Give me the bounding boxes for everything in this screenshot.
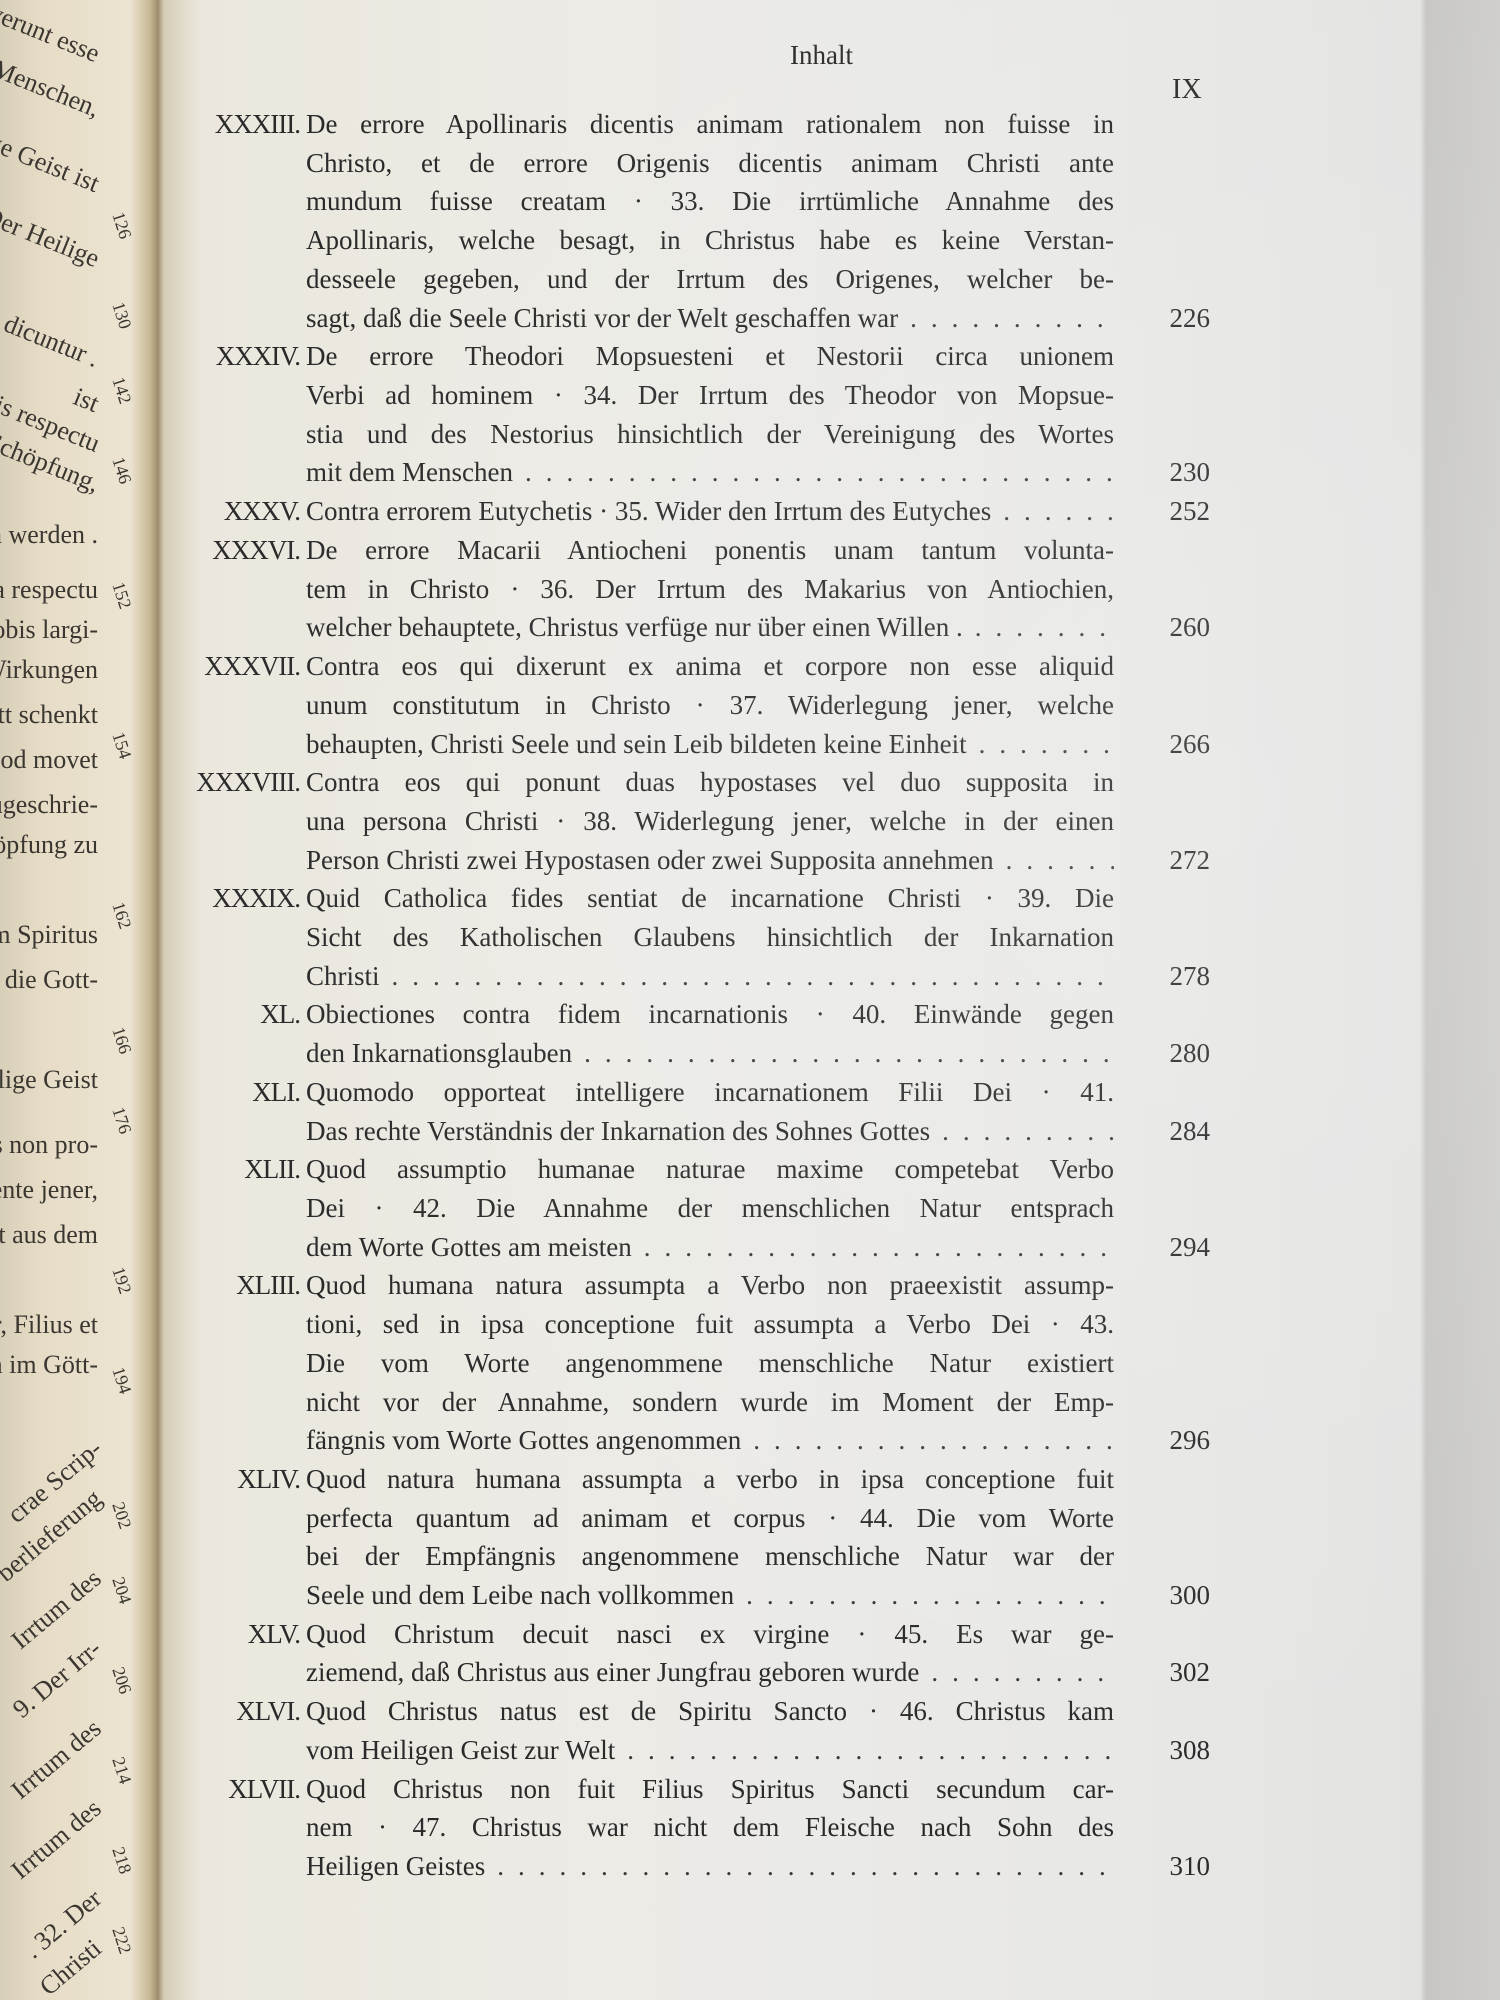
toc-page-number: 302 [1130,1653,1210,1692]
left-page-number: 162 [107,899,135,931]
title-last-line: den Inkarnationsglauben.................… [306,1034,1114,1073]
chapter-number: XXXIX. [150,879,306,995]
toc-entry: XLVI.Quod Christus natus est de Spiritu … [150,1692,1210,1769]
left-page-number: 202 [107,1499,135,1531]
leader-dots: ........................................… [963,608,1114,647]
title-line: Christo, et de errore Origenis dicentis … [306,144,1114,183]
toc-entry: XXXVI.De errore Macarii Antiocheni ponen… [150,531,1210,647]
left-page-number: 154 [107,729,135,761]
left-page-text-fragment: en im Gött- [0,1350,98,1380]
leader-dots: ........................................… [734,1576,1114,1615]
leader-dots: ........................................… [898,299,1114,338]
left-page-text-fragment: nobis largi- [0,615,98,645]
toc-entry: XXXIV.De errore Theodori Mopsuesteni et … [150,337,1210,492]
title-line: behaupten, Christi Seele und sein Leib b… [306,725,967,764]
chapter-number: XLVII. [150,1770,306,1886]
left-page-number: 130 [107,299,135,331]
left-page-text-fragment: zugeschrie- [0,790,98,820]
leader-dots: ........................................… [615,1731,1114,1770]
toc-page-number: 308 [1130,1731,1210,1770]
left-page-text-fragment: nöpfung zu [0,830,98,860]
page-number: IX [1172,74,1202,106]
title-line: nem · 47. Christus war nicht dem Fleisch… [306,1808,1114,1847]
left-page-text-fragment: ge Geist ist [0,127,104,199]
toc-page-number: 280 [1130,1034,1210,1073]
toc-page-number: 278 [1130,957,1210,996]
left-page-number: 142 [107,374,135,406]
title-line: Verbi ad hominem · 34. Der Irrtum des Th… [306,376,1114,415]
title-line: mundum fuisse creatam · 33. Die irrtümli… [306,182,1114,221]
leader-dots: ........................................… [380,957,1114,996]
title-line: una persona Christi · 38. Widerlegung je… [306,802,1114,841]
chapter-title: Quod assumptio humanae naturae maxime co… [306,1150,1114,1266]
title-line: Dei · 42. Die Annahme der menschlichen N… [306,1189,1114,1228]
chapter-title: Contra errorem Eutychetis · 35. Wider de… [306,492,1114,531]
chapter-number: XXXV. [150,492,306,531]
left-page-text-fragment: quod movet [0,745,98,775]
chapter-number: XLV. [150,1615,306,1692]
title-last-line: Seele und dem Leibe nach vollkommen.....… [306,1576,1114,1615]
chapter-number: XXXIV. [150,337,306,492]
left-page-text-fragment: nente jener, [0,1175,98,1205]
toc-entry: XXXVII.Contra eos qui dixerunt ex anima … [150,647,1210,763]
left-page-text-fragment: en die Gott- [0,965,98,995]
left-page-text-fragment: ist [70,382,104,419]
leader-dots: ........................................… [485,1847,1114,1886]
leader-dots: ........................................… [919,1653,1114,1692]
left-page-number: 206 [107,1664,135,1696]
toc-page-number: 260 [1130,608,1210,647]
toc-entry: XXXV.Contra errorem Eutychetis · 35. Wid… [150,492,1210,531]
left-page-text-fragment: ott schenkt [0,700,98,730]
title-line: Christi [306,957,380,996]
left-page-number: 204 [107,1574,135,1606]
title-line: Obiectiones contra fidem incarnationis ·… [306,995,1114,1034]
title-line: dem Worte Gottes am meisten [306,1228,632,1267]
chapter-title: De errore Theodori Mopsuesteni et Nestor… [306,337,1114,492]
left-page-text-fragment: en werden . [0,520,98,550]
title-line: desseele gegeben, und der Irrtum des Ori… [306,260,1114,299]
chapter-number: XXXVIII. [150,763,306,879]
chapter-number: XXXIII. [150,105,306,337]
title-last-line: mit dem Menschen........................… [306,453,1114,492]
title-line: Quod Christus non fuit Filius Spiritus S… [306,1770,1114,1809]
left-page-text-fragment: ura respectu [0,575,98,605]
photographed-book-spread: verunt esseMenschen,ge Geist istDer Heil… [0,0,1500,2000]
toc-entry: XLIV.Quod natura humana assumpta a verbo… [150,1460,1210,1615]
toc-entry: XXXIII.De errore Apollinaris dicentis an… [150,105,1210,337]
title-line: tem in Christo · 36. Der Irrtum des Maka… [306,570,1114,609]
toc-entry: XXXIX.Quid Catholica fides sentiat de in… [150,879,1210,995]
title-last-line: dem Worte Gottes am meisten.............… [306,1228,1114,1267]
title-line: tioni, sed in ipsa conceptione fuit assu… [306,1305,1114,1344]
toc-page-number: 272 [1130,841,1210,880]
toc-page-number: 294 [1130,1228,1210,1267]
toc-page-number: 310 [1130,1847,1210,1886]
chapter-title: Quod natura humana assumpta a verbo in i… [306,1460,1114,1615]
leader-dots: ........................................… [632,1228,1114,1267]
leader-dots: ........................................… [513,453,1114,492]
toc-entry: XLVII.Quod Christus non fuit Filius Spir… [150,1770,1210,1886]
title-last-line: sagt, daß die Seele Christi vor der Welt… [306,299,1114,338]
left-page-number: 152 [107,579,135,611]
title-last-line: ziemend, daß Christus aus einer Jungfrau… [306,1653,1114,1692]
title-line: bei der Empfängnis angenommene menschlic… [306,1537,1114,1576]
left-page-fragment: verunt esseMenschen,ge Geist istDer Heil… [0,0,150,2000]
toc-entry: XLII.Quod assumptio humanae naturae maxi… [150,1150,1210,1266]
title-line: De errore Macarii Antiocheni ponentis un… [306,531,1114,570]
chapter-title: Quod humana natura assumpta a Verbo non … [306,1266,1114,1460]
title-line: Contra eos qui ponunt duas hypostases ve… [306,763,1114,802]
title-line: stia und des Nestorius hinsichtlich der … [306,415,1114,454]
title-line: Das rechte Verständnis der Inkarnation d… [306,1112,930,1151]
title-line: Quod natura humana assumpta a verbo in i… [306,1460,1114,1499]
toc-entry: XLI.Quomodo opporteat intelligere incarn… [150,1073,1210,1150]
chapter-number: XLIV. [150,1460,306,1615]
title-line: welcher behauptete, Christus verfüge nur… [306,608,963,647]
title-line: perfecta quantum ad animam et corpus · 4… [306,1499,1114,1538]
title-line: Quod humana natura assumpta a Verbo non … [306,1266,1114,1305]
title-line: Apollinaris, welche besagt, in Christus … [306,221,1114,260]
toc-entry: XLIII.Quod humana natura assumpta a Verb… [150,1266,1210,1460]
left-page-text-fragment: verunt esse [0,0,104,69]
title-last-line: Das rechte Verständnis der Inkarnation d… [306,1112,1114,1151]
title-last-line: welcher behauptete, Christus verfüge nur… [306,608,1114,647]
title-line: Quomodo opporteat intelligere incarnatio… [306,1073,1114,1112]
title-line: Contra eos qui dixerunt ex anima et corp… [306,647,1114,686]
title-line: Quid Catholica fides sentiat de incarnat… [306,879,1114,918]
leader-dots: ........................................… [930,1112,1114,1151]
left-page-number: 222 [107,1924,135,1956]
toc-entry: XL.Obiectiones contra fidem incarnationi… [150,995,1210,1072]
left-page-text-fragment: Der Heilige [0,200,104,274]
leader-dots: ........................................… [991,492,1114,531]
toc-entry: XLV.Quod Christum decuit nasci ex virgin… [150,1615,1210,1692]
leader-dots: ........................................… [741,1421,1114,1460]
title-last-line: Person Christi zwei Hypostasen oder zwei… [306,841,1114,880]
title-line: Quod assumptio humanae naturae maxime co… [306,1150,1114,1189]
left-page-number: 126 [107,209,135,241]
title-line: Seele und dem Leibe nach vollkommen [306,1576,734,1615]
chapter-title: Quomodo opporteat intelligere incarnatio… [306,1073,1114,1150]
title-line: Sicht des Katholischen Glaubens hinsicht… [306,918,1114,957]
title-last-line: vom Heiligen Geist zur Welt.............… [306,1731,1114,1770]
title-line: Heiligen Geistes [306,1847,485,1886]
title-line: Quod Christum decuit nasci ex virgine · … [306,1615,1114,1654]
toc-page-number: 230 [1130,453,1210,492]
title-last-line: behaupten, Christi Seele und sein Leib b… [306,725,1114,764]
leader-dots: ........................................… [572,1034,1114,1073]
running-head: Inhalt [790,40,853,71]
right-page: Inhalt IX XXXIII.De errore Apollinaris d… [150,0,1420,2000]
left-page-number: 218 [107,1844,135,1876]
leader-dots: ........................................… [967,725,1114,764]
title-line: Die vom Worte angenommene menschliche Na… [306,1344,1114,1383]
toc-page-number: 226 [1130,299,1210,338]
chapter-title: Contra eos qui dixerunt ex anima et corp… [306,647,1114,763]
left-page-number: 214 [107,1754,135,1786]
leader-dots: ........................................… [994,841,1114,880]
left-page-number: 166 [107,1024,135,1056]
left-page-number: 194 [107,1364,135,1396]
chapter-title: De errore Apollinaris dicentis animam ra… [306,105,1114,337]
chapter-number: XLII. [150,1150,306,1266]
title-line: nicht vor der Annahme, sondern wurde im … [306,1383,1114,1422]
chapter-title: Quod Christum decuit nasci ex virgine · … [306,1615,1114,1692]
left-page-text-fragment: er, Filius et [0,1310,98,1340]
title-line: mit dem Menschen [306,453,513,492]
title-last-line: Christi.................................… [306,957,1114,996]
title-line: den Inkarnationsglauben [306,1034,572,1073]
chapter-number: XXXVII. [150,647,306,763]
left-page-text-fragment: cht aus dem [0,1220,98,1250]
title-line: fängnis vom Worte Gottes angenommen [306,1421,741,1460]
chapter-title: Quid Catholica fides sentiat de incarnat… [306,879,1114,995]
toc-page-number: 284 [1130,1112,1210,1151]
left-page-text-fragment: em Spiritus [0,920,98,950]
title-line: Contra errorem Eutychetis · 35. Wider de… [306,492,991,531]
title-last-line: Heiligen Geistes........................… [306,1847,1114,1886]
left-page-text-fragment: eilige Geist [0,1065,98,1095]
title-line: De errore Apollinaris dicentis animam ra… [306,105,1114,144]
chapter-number: XLIII. [150,1266,306,1460]
left-page-number: 192 [107,1264,135,1296]
left-page-text-fragment: Wirkungen [0,655,98,685]
chapter-title: Quod Christus natus est de Spiritu Sanct… [306,1692,1114,1769]
chapter-number: XLVI. [150,1692,306,1769]
chapter-title: Contra eos qui ponunt duas hypostases ve… [306,763,1114,879]
left-page-number: 176 [107,1104,135,1136]
chapter-number: XLI. [150,1073,306,1150]
left-page-text-fragment: dicuntur . [0,309,104,374]
toc-page-number: 296 [1130,1421,1210,1460]
toc-entry: XXXVIII.Contra eos qui ponunt duas hypos… [150,763,1210,879]
title-line: ziemend, daß Christus aus einer Jungfrau… [306,1653,919,1692]
title-last-line: fängnis vom Worte Gottes angenommen.....… [306,1421,1114,1460]
title-line: De errore Theodori Mopsuesteni et Nestor… [306,337,1114,376]
left-page-text-fragment: Irrtum des [6,1714,108,1806]
title-line: Person Christi zwei Hypostasen oder zwei… [306,841,994,880]
title-line: Quod Christus natus est de Spiritu Sanct… [306,1692,1114,1731]
chapter-number: XXXVI. [150,531,306,647]
table-of-contents: XXXIII.De errore Apollinaris dicentis an… [150,105,1210,1886]
chapter-title: De errore Macarii Antiocheni ponentis un… [306,531,1114,647]
title-last-line: Contra errorem Eutychetis · 35. Wider de… [306,492,1114,531]
toc-page-number: 252 [1130,492,1210,531]
title-line: sagt, daß die Seele Christi vor der Welt… [306,299,898,338]
title-line: vom Heiligen Geist zur Welt [306,1731,615,1770]
chapter-number: XL. [150,995,306,1072]
title-line: unum constitutum in Christo · 37. Widerl… [306,686,1114,725]
chapter-title: Quod Christus non fuit Filius Spiritus S… [306,1770,1114,1886]
toc-page-number: 266 [1130,725,1210,764]
left-page-text-fragment: us non pro- [0,1130,98,1160]
left-page-text-fragment: Irrtum des [6,1794,108,1886]
toc-page-number: 300 [1130,1576,1210,1615]
chapter-title: Obiectiones contra fidem incarnationis ·… [306,995,1114,1072]
left-page-number: 146 [107,454,135,486]
